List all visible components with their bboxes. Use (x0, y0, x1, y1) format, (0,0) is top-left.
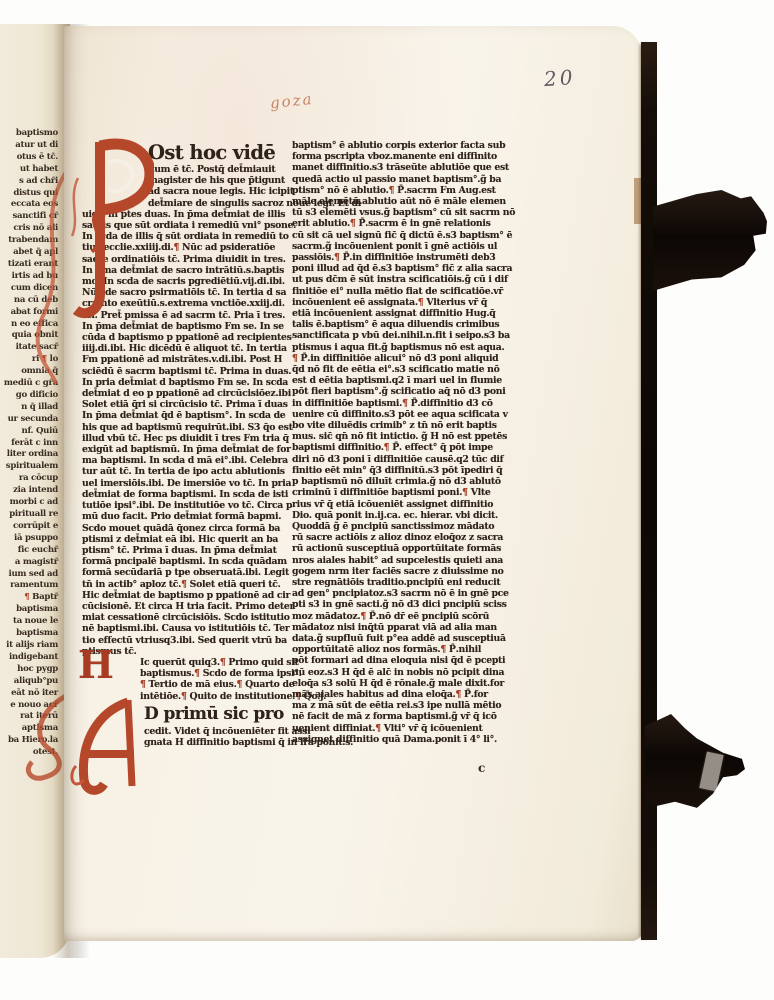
text-line: ut pus dc̄m ē sūt instra scificatiōis.g̃… (292, 274, 508, 285)
edge-text-fragment: itate sacr̄ (0, 342, 58, 354)
text-line: ma z mā sūt de eētia rei.s3 ipe nullā mē… (292, 700, 508, 711)
text-line: mū duo facit. Prio det̄miat formā bapmi. (82, 511, 288, 522)
text-line: sacris que sūt ordiata i remediū vni° ps… (82, 220, 288, 231)
edge-text-fragment: atur ut di (0, 140, 58, 152)
text-line: tio effectū vtriusq3.ibi. Sed querit vtr… (82, 635, 288, 646)
facing-page-line-endings: baptismoatur ut diotus ē tc̄.ut habets a… (0, 128, 58, 759)
text-line: sacre ordinatiōis tc̄. Prima diuidit in … (82, 254, 288, 265)
text-line: In p̄ma det̄miat q̄d ē baptism°. In scda… (82, 410, 288, 421)
text-line: gogem nrm iter faciēs sacre z diuissime … (292, 566, 508, 577)
text-line: etiā incōuenient assignat diffinitio Hug… (292, 308, 508, 319)
text-line: Quoddā g̃ ē pncipiū sanctissimoz mādato (292, 521, 508, 532)
text-line: Scdo mouet quādā q̄onez circa formā ba (82, 523, 288, 534)
edge-text-fragment: corrūpit e (0, 521, 58, 533)
text-line: sanctificata p vbū dei.nihil.n.fit i sei… (292, 330, 508, 341)
edge-text-fragment: ra cōcup (0, 473, 58, 485)
text-line: cū sit cā uel signū fic̄ q̄ dictū ē.s3 b… (292, 230, 508, 241)
text-line: det̄miare de singulis sacroz noue legl. … (82, 198, 288, 209)
text-line: eloq̄a s3 solū H q̄d ē rōnale.g̃ male di… (292, 678, 508, 689)
text-line: opportūitatē alioz nos formās.¶ P̄.nihil (292, 644, 508, 655)
text-line: pti s3 in gnē sacti.g̃ nō d3 dici pncipi… (292, 599, 508, 610)
text-line: Fm ppationē ad mistrātes.v.di.ibi. Post … (82, 354, 288, 365)
text-line: poni illud ad q̄d ē.s3 baptism° fic̄ z a… (292, 263, 508, 274)
edge-text-fragment: abat formi (0, 307, 58, 319)
divisio-body-lines: det̄miare de singulis sacroz noue legl. … (82, 198, 288, 657)
text-line: finitiōe ei° nulla mētio fiat de scifica… (292, 286, 508, 297)
edge-text-fragment: liter ordina (0, 449, 58, 461)
edge-text-fragment: hoc pygp (0, 664, 58, 676)
clasp-bottom (645, 712, 745, 814)
text-line: exigūt ad baptismū. In p̄ma det̄miat de … (82, 444, 288, 455)
text-line: passiōis.¶ P̄.in diffinitiōe instrumēti … (292, 252, 508, 263)
text-line: māle elemētū.ablutio aūt nō ē māle eleme… (292, 196, 508, 207)
edge-text-fragment: cris nō ali (0, 223, 58, 235)
edge-text-fragment: aliqub°pu (0, 676, 58, 688)
edge-text-fragment: a magistr̄ (0, 557, 58, 569)
text-line: stre regnātiōis traditio.pncipiū eni red… (292, 577, 508, 588)
text-line: ad gen° pncipiatoz.s3 sacrm nō ē in gnē … (292, 588, 508, 599)
text-line: uel imersiōis.ibi. De imersiōe vo tc̄. I… (82, 478, 288, 489)
text-line: tur aūt tc̄. In tertia de ipo actu ablut… (82, 466, 288, 477)
edge-text-fragment: ¶ Baptr̄ (0, 592, 58, 604)
text-line: sacrm.g̃ incōuenient ponit ī gnē actiōis… (292, 241, 508, 252)
text-line: rū sacre actiōis z alioz dinoz eloq̄oz z… (292, 532, 508, 543)
text-line: In p̄ma det̄miat de baptismo Fm se. In s… (82, 321, 288, 332)
text-line: mās aiales habitus ad dina eloq̄a.¶ P̄.f… (292, 689, 508, 700)
edge-text-fragment: ri ¶ lo (0, 354, 58, 366)
text-line: det̄miat de forma baptismi. In scda de i… (82, 489, 288, 500)
edge-text-fragment: baptisma (0, 628, 58, 640)
edge-text-fragment: n eo effica (0, 319, 58, 331)
text-line: uū eoz.s3 H q̄d ē alc̄ in nobis nō pcipi… (292, 667, 508, 678)
edge-text-fragment: indigebant (0, 652, 58, 664)
initial-wrap-spacer (82, 702, 144, 740)
text-line: nē baptismi.ibi. Causa vo istitutiōis tc… (82, 623, 288, 634)
text-line: tū s3 elemēti vsus.g̃ baptism° cū sit sa… (292, 207, 508, 218)
text-line: ptism° tc̄. Prima ī duas. In p̄ma det̄mi… (82, 545, 288, 556)
edge-text-fragment: fic euchr̄ (0, 545, 58, 557)
edge-text-fragment: baptismo (0, 128, 58, 140)
text-line: forma pscripta vboz.manente eni diffinit… (292, 151, 508, 162)
text-line: det̄miat d eo p ppationē ad circūcisiōez… (82, 388, 288, 399)
text-line: bo vite diluēdis crimib° z tn̄ nō erit b… (292, 420, 508, 431)
text-line: quedā actio ul passio manet baptism°.g̃ … (292, 174, 508, 185)
edge-text-fragment: e nouo acr̄ (0, 700, 58, 712)
edge-text-fragment: eāt nō iter (0, 688, 58, 700)
text-line: data.g̃ supfluū fuit p°ea addē ad suscep… (292, 633, 508, 644)
text-line: iiij.di.ibi. Hic dicēdū ē aliquot tc̄. I… (82, 343, 288, 354)
edge-text-fragment: zia intend (0, 485, 58, 497)
edge-text-fragment: ferāt c inn (0, 438, 58, 450)
recto-page: 20 goza Ost hoc vidē dum ē tc̄. Postq̄ d… (64, 26, 642, 941)
text-line: ptism° nō ē ablutio.¶ P̄.sacrm Fm Aug.es… (292, 185, 508, 196)
text-line: nros aiales habit° ad supcelestis quieti… (292, 555, 508, 566)
edge-text-fragment: omnia q̄ (0, 366, 58, 378)
text-line: Solet etiā q̄ri si circūcisio tc̄. Prima… (82, 399, 288, 410)
text-line: q̄d nō fit de eētia ei°.s3 scificatio ma… (292, 364, 508, 375)
edge-text-fragment: ramentum (0, 580, 58, 592)
edge-text-fragment: ium sed ad (0, 569, 58, 581)
text-line: assignet diffinitio quā Dama.ponit ī 4° … (292, 734, 508, 745)
text-line: moz mādatoz.¶ P̄.nō dr̄ eē pncipiū scōrū (292, 611, 508, 622)
text-line: In p̄ma det̄miat de sacro intrātiū.s.bap… (82, 265, 288, 276)
text-line: rū actionū susceptiuā opportūitate formā… (292, 543, 508, 554)
text-line: uenient diffiniat.¶ Vlti° vr̄ q̄ icōueni… (292, 723, 508, 734)
text-line: ptismi z det̄miat eā ibi. Hic querit an … (82, 534, 288, 545)
text-line: est d eētia baptismi.q2 ī mari uel in fl… (292, 375, 508, 386)
edge-text-fragment: iā psuppo (0, 533, 58, 545)
text-line: incōuenient eē assignata.¶ Vlterius vr̄ … (292, 297, 508, 308)
text-line: sciēdū ē sacrm baptismi tc̄. Prima in du… (82, 366, 288, 377)
incunable-book-photo: baptismoatur ut diotus ē tc̄.ut habets a… (0, 0, 774, 1000)
text-line: uenire cū diffinito.s3 pōt ee aqua scifi… (292, 409, 508, 420)
text-line: ibi. Pret̄ pmissa ē ad sacrm tc̄. Pria ī… (82, 310, 288, 321)
text-line: miat cessationē circūcisiōis. Scdo istit… (82, 612, 288, 623)
text-line: p baptismū nō diluīt crimia.g̃ nō d3 abl… (292, 476, 508, 487)
edge-text-fragment: mediū c gr̄a (0, 378, 58, 390)
text-line: mādatoz nisi inq̄tū pparat viā ad alia m… (292, 622, 508, 633)
edge-text-fragment: distus qui (0, 188, 58, 200)
facing-page-edge: baptismoatur ut diotus ē tc̄.ut habets a… (0, 24, 70, 958)
edge-text-fragment: ta noue le (0, 616, 58, 628)
edge-text-fragment: irtis ad bu (0, 271, 58, 283)
text-line: ¶ P̄.in diffinitiōe alicui° nō d3 poni a… (292, 353, 508, 364)
text-line: ma baptismi. In scda d mā ei°.ibi. Celeb… (82, 455, 288, 466)
edge-text-fragment: pirituall re (0, 509, 58, 521)
edge-text-fragment: abet q̄ apl (0, 247, 58, 259)
text-line: finitio eēt min° q̄3 diffinitū.s3 pōt īp… (292, 465, 508, 476)
edge-text-fragment: na cū deb (0, 295, 58, 307)
edge-text-fragment: quia obnit (0, 330, 58, 342)
text-line: In pria det̄miat d baptismo Fm se. In sc… (82, 377, 288, 388)
text-line: baptism° ē ablutio corpis exterior facta… (292, 140, 508, 151)
edge-text-fragment: aptisma (0, 723, 58, 735)
question-full-line: intētiōe.¶ Quito de institutione.¶ Q̄o.j… (82, 691, 288, 702)
text-line: In scda de illis q̄ sūt ordiata in remed… (82, 231, 288, 242)
text-line: cramto exeūtiū.s.extrema vnctiōe.xxiij.d… (82, 298, 288, 309)
text-line: cūcisionē. Et circa H tria facit. Primo … (82, 601, 288, 612)
clasp-metal-fitting (699, 751, 723, 790)
edge-text-fragment: cum dicen (0, 283, 58, 295)
text-line: tutiōe ipsi°.ibi. De institutiōe vo tc̄.… (82, 500, 288, 511)
edge-text-fragment: ut habet (0, 164, 58, 176)
folio-number: 20 (543, 65, 576, 91)
right-text-column: baptism° ē ablutio corpis exterior facta… (292, 140, 508, 745)
text-line: criminū ī diffinitiōe baptismi poni.¶ Vl… (292, 487, 508, 498)
text-line: manet diffinitio.s3 trāseūte ablutiōe qu… (292, 162, 508, 173)
text-line: cūda d baptismo p ppationē ad recipiente… (82, 332, 288, 343)
text-line: talis ē.baptism° ē aqua diluendis crimib… (292, 319, 508, 330)
edge-text-fragment: ur secunda (0, 414, 58, 426)
edge-text-fragment: s ad chr̄i (0, 176, 58, 188)
edge-text-fragment: trabendam (0, 235, 58, 247)
edge-text-fragment: eccata eos (0, 199, 58, 211)
text-line: mo. In scda de sacris pgrediētiū.vij.di.… (82, 276, 288, 287)
initial-wrap-spacer (82, 142, 148, 199)
text-line: rius vr̄ q̄ etiā icōueniēt assignet diff… (292, 499, 508, 510)
text-line: pōt formari ad dina eloquia nisi q̄d ē p… (292, 655, 508, 666)
text-line: Hic det̄miat de baptismo p ppationē ad c… (82, 590, 288, 601)
edge-text-fragment: morbi c ad (0, 497, 58, 509)
edge-text-fragment: otus ē tc̄. (0, 152, 58, 164)
edge-text-fragment: otest. (0, 747, 58, 759)
handwritten-annotation: goza (269, 90, 314, 112)
text-line: illud vbū tc̄. Hec ps diuidit ī tres Fm … (82, 433, 288, 444)
text-line: ptismus tc̄. (82, 646, 288, 657)
text-line: erit ablutio.¶ P̄.sacrm ē in gnē relatio… (292, 218, 508, 229)
text-line: in diffinitiōe baptismi.¶ P̄.diffinitio … (292, 398, 508, 409)
edge-text-fragment: baptisma (0, 604, 58, 616)
initial-wrap-spacer (82, 657, 140, 691)
text-line: Nūc de sacro psirmatiōis tc̄. In tertia … (82, 287, 288, 298)
text-line: ptismus i aqua fit.g̃ baptismus nō est a… (292, 342, 508, 353)
text-line: his que ad baptismū requirūt.ibi. S3 q̄o… (82, 422, 288, 433)
edge-text-fragment: spiritualem (0, 461, 58, 473)
edge-text-fragment: rat iterū (0, 711, 58, 723)
clasp-top (653, 190, 767, 294)
left-text-column: Ost hoc vidē dum ē tc̄. Postq̄ det̄miaui… (82, 142, 288, 748)
text-line: mus. sic̄ qn̄ nō fit intictio. g̃ H nō e… (292, 431, 508, 442)
text-line: diri nō d3 poni ī diffinitiōe causē.q2 t… (292, 454, 508, 465)
text-line: uidit in ptes duas. In p̄ma det̄miat de … (82, 209, 288, 220)
text-line: formā secūdariā p tpe obseruatā.ibi. Leg… (82, 567, 288, 578)
text-line: pōt fieri baptism°.g̃ scificatio aq̄ nō … (292, 386, 508, 397)
text-line: nē facit de mā z forma baptismi.g̃ vr̄ q… (292, 711, 508, 722)
text-line: tius ecclie.xxiiij.di.¶ Nūc ad psiderati… (82, 242, 288, 253)
text-line: formā pncipalē baptismi. In scda quādam (82, 556, 288, 567)
edge-text-fragment: n q̄ illad (0, 402, 58, 414)
edge-text-fragment: go dificio (0, 390, 58, 402)
text-line: Dio. quā ponit in.ij.ca. ec. hierar. vbi… (292, 510, 508, 521)
quire-signature: c (478, 761, 485, 775)
book-board-fore-edge (641, 42, 657, 940)
text-line: baptismi diffinitio.¶ P̄. effect° q̄ pōt… (292, 442, 508, 453)
edge-text-fragment: it alijs riam (0, 640, 58, 652)
edge-text-fragment: nf. Quiū (0, 426, 58, 438)
edge-text-fragment: sanctifi cr̄ (0, 211, 58, 223)
edge-text-fragment: tizati erant (0, 259, 58, 271)
text-line: tn̄ in actib° aploz tc̄.¶ Solet etiā que… (82, 579, 288, 590)
edge-text-fragment: ba Hiero.la (0, 735, 58, 747)
